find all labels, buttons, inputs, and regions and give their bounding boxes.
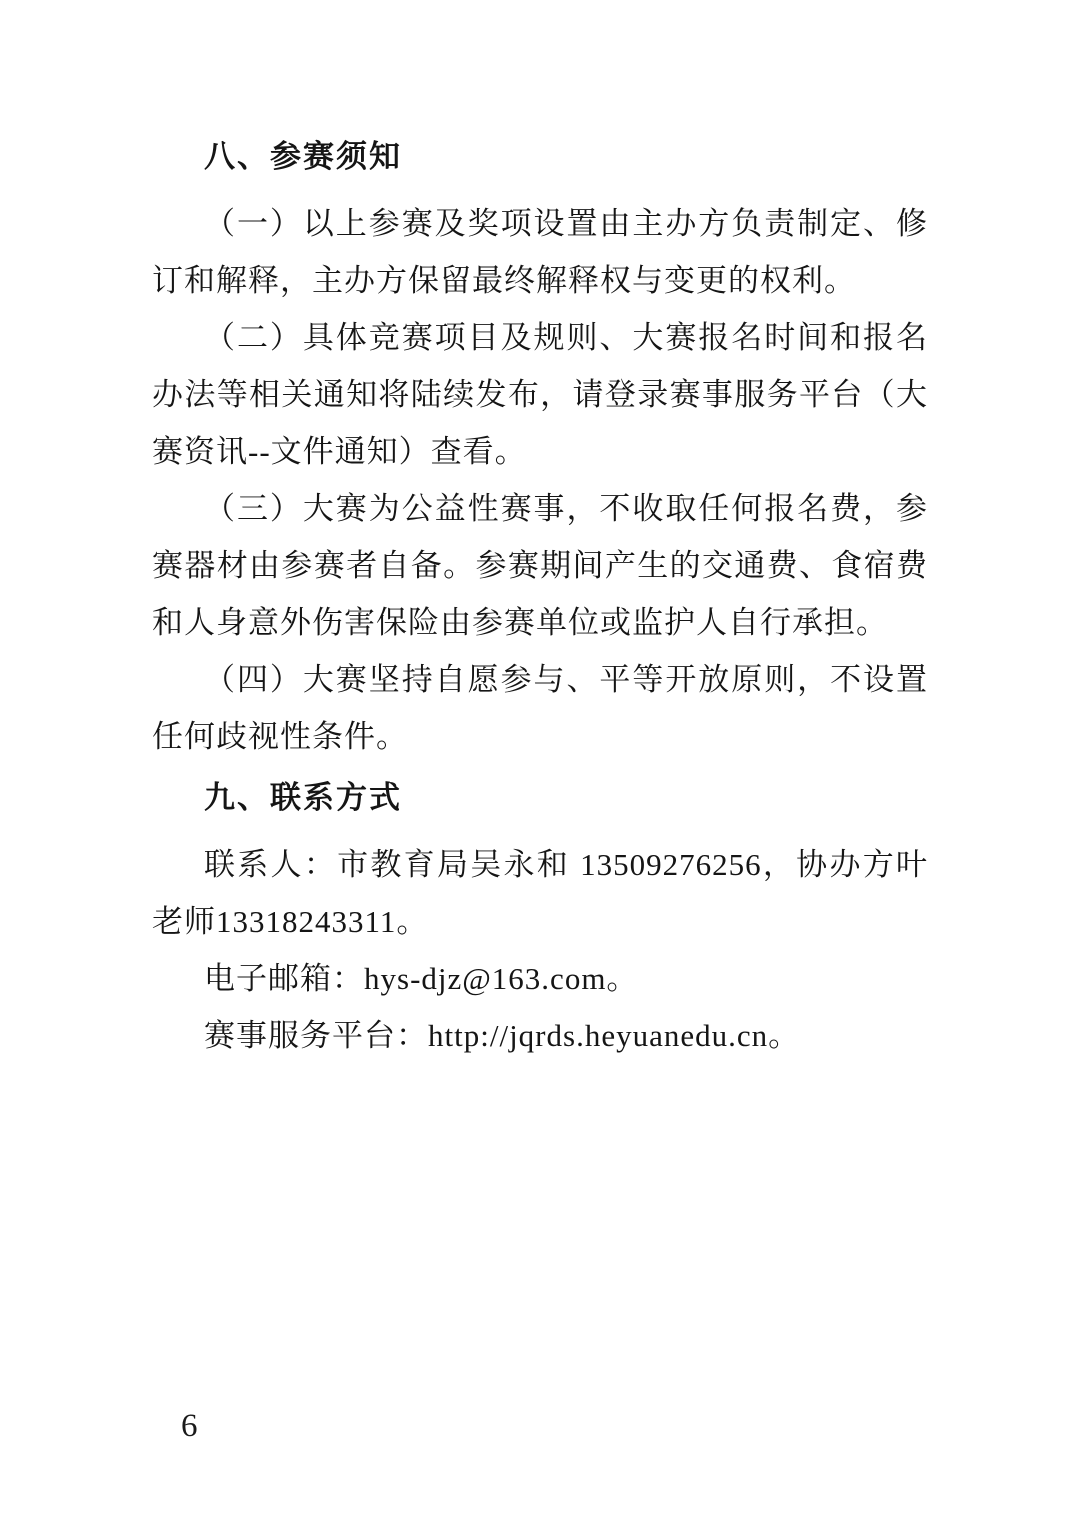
section-9-heading: 九、联系方式 bbox=[152, 769, 928, 826]
email-line: 电子邮箱：hys-djz@163.com。 bbox=[152, 950, 928, 1007]
contact-person-line: 联系人：市教育局吴永和 13509276256，协办方叶老师1331824331… bbox=[152, 836, 928, 950]
service-platform-url: http://jqrds.heyuanedu.cn。 bbox=[428, 1018, 800, 1053]
email-label: 电子邮箱： bbox=[204, 961, 364, 996]
section-8-paragraph-1: （一）以上参赛及奖项设置由主办方负责制定、修订和解释，主办方保留最终解释权与变更… bbox=[152, 195, 928, 309]
page-number: 6 bbox=[181, 1408, 198, 1445]
section-8-paragraph-4: （四）大赛坚持自愿参与、平等开放原则，不设置任何歧视性条件。 bbox=[152, 651, 928, 765]
section-8-paragraph-2: （二）具体竞赛项目及规则、大赛报名时间和报名办法等相关通知将陆续发布，请登录赛事… bbox=[152, 309, 928, 480]
email-address: hys-djz@163.com。 bbox=[364, 961, 638, 996]
section-8-paragraph-3: （三）大赛为公益性赛事，不收取任何报名费，参赛器材由参赛者自备。参赛期间产生的交… bbox=[152, 480, 928, 651]
section-8-heading: 八、参赛须知 bbox=[152, 128, 928, 185]
service-platform-line: 赛事服务平台：http://jqrds.heyuanedu.cn。 bbox=[152, 1007, 928, 1064]
document-page: 八、参赛须知 （一）以上参赛及奖项设置由主办方负责制定、修订和解释，主办方保留最… bbox=[0, 0, 1080, 1527]
service-platform-label: 赛事服务平台： bbox=[204, 1018, 428, 1053]
document-content: 八、参赛须知 （一）以上参赛及奖项设置由主办方负责制定、修订和解释，主办方保留最… bbox=[152, 128, 928, 1064]
contact-person-label: 联系人： bbox=[204, 847, 337, 882]
